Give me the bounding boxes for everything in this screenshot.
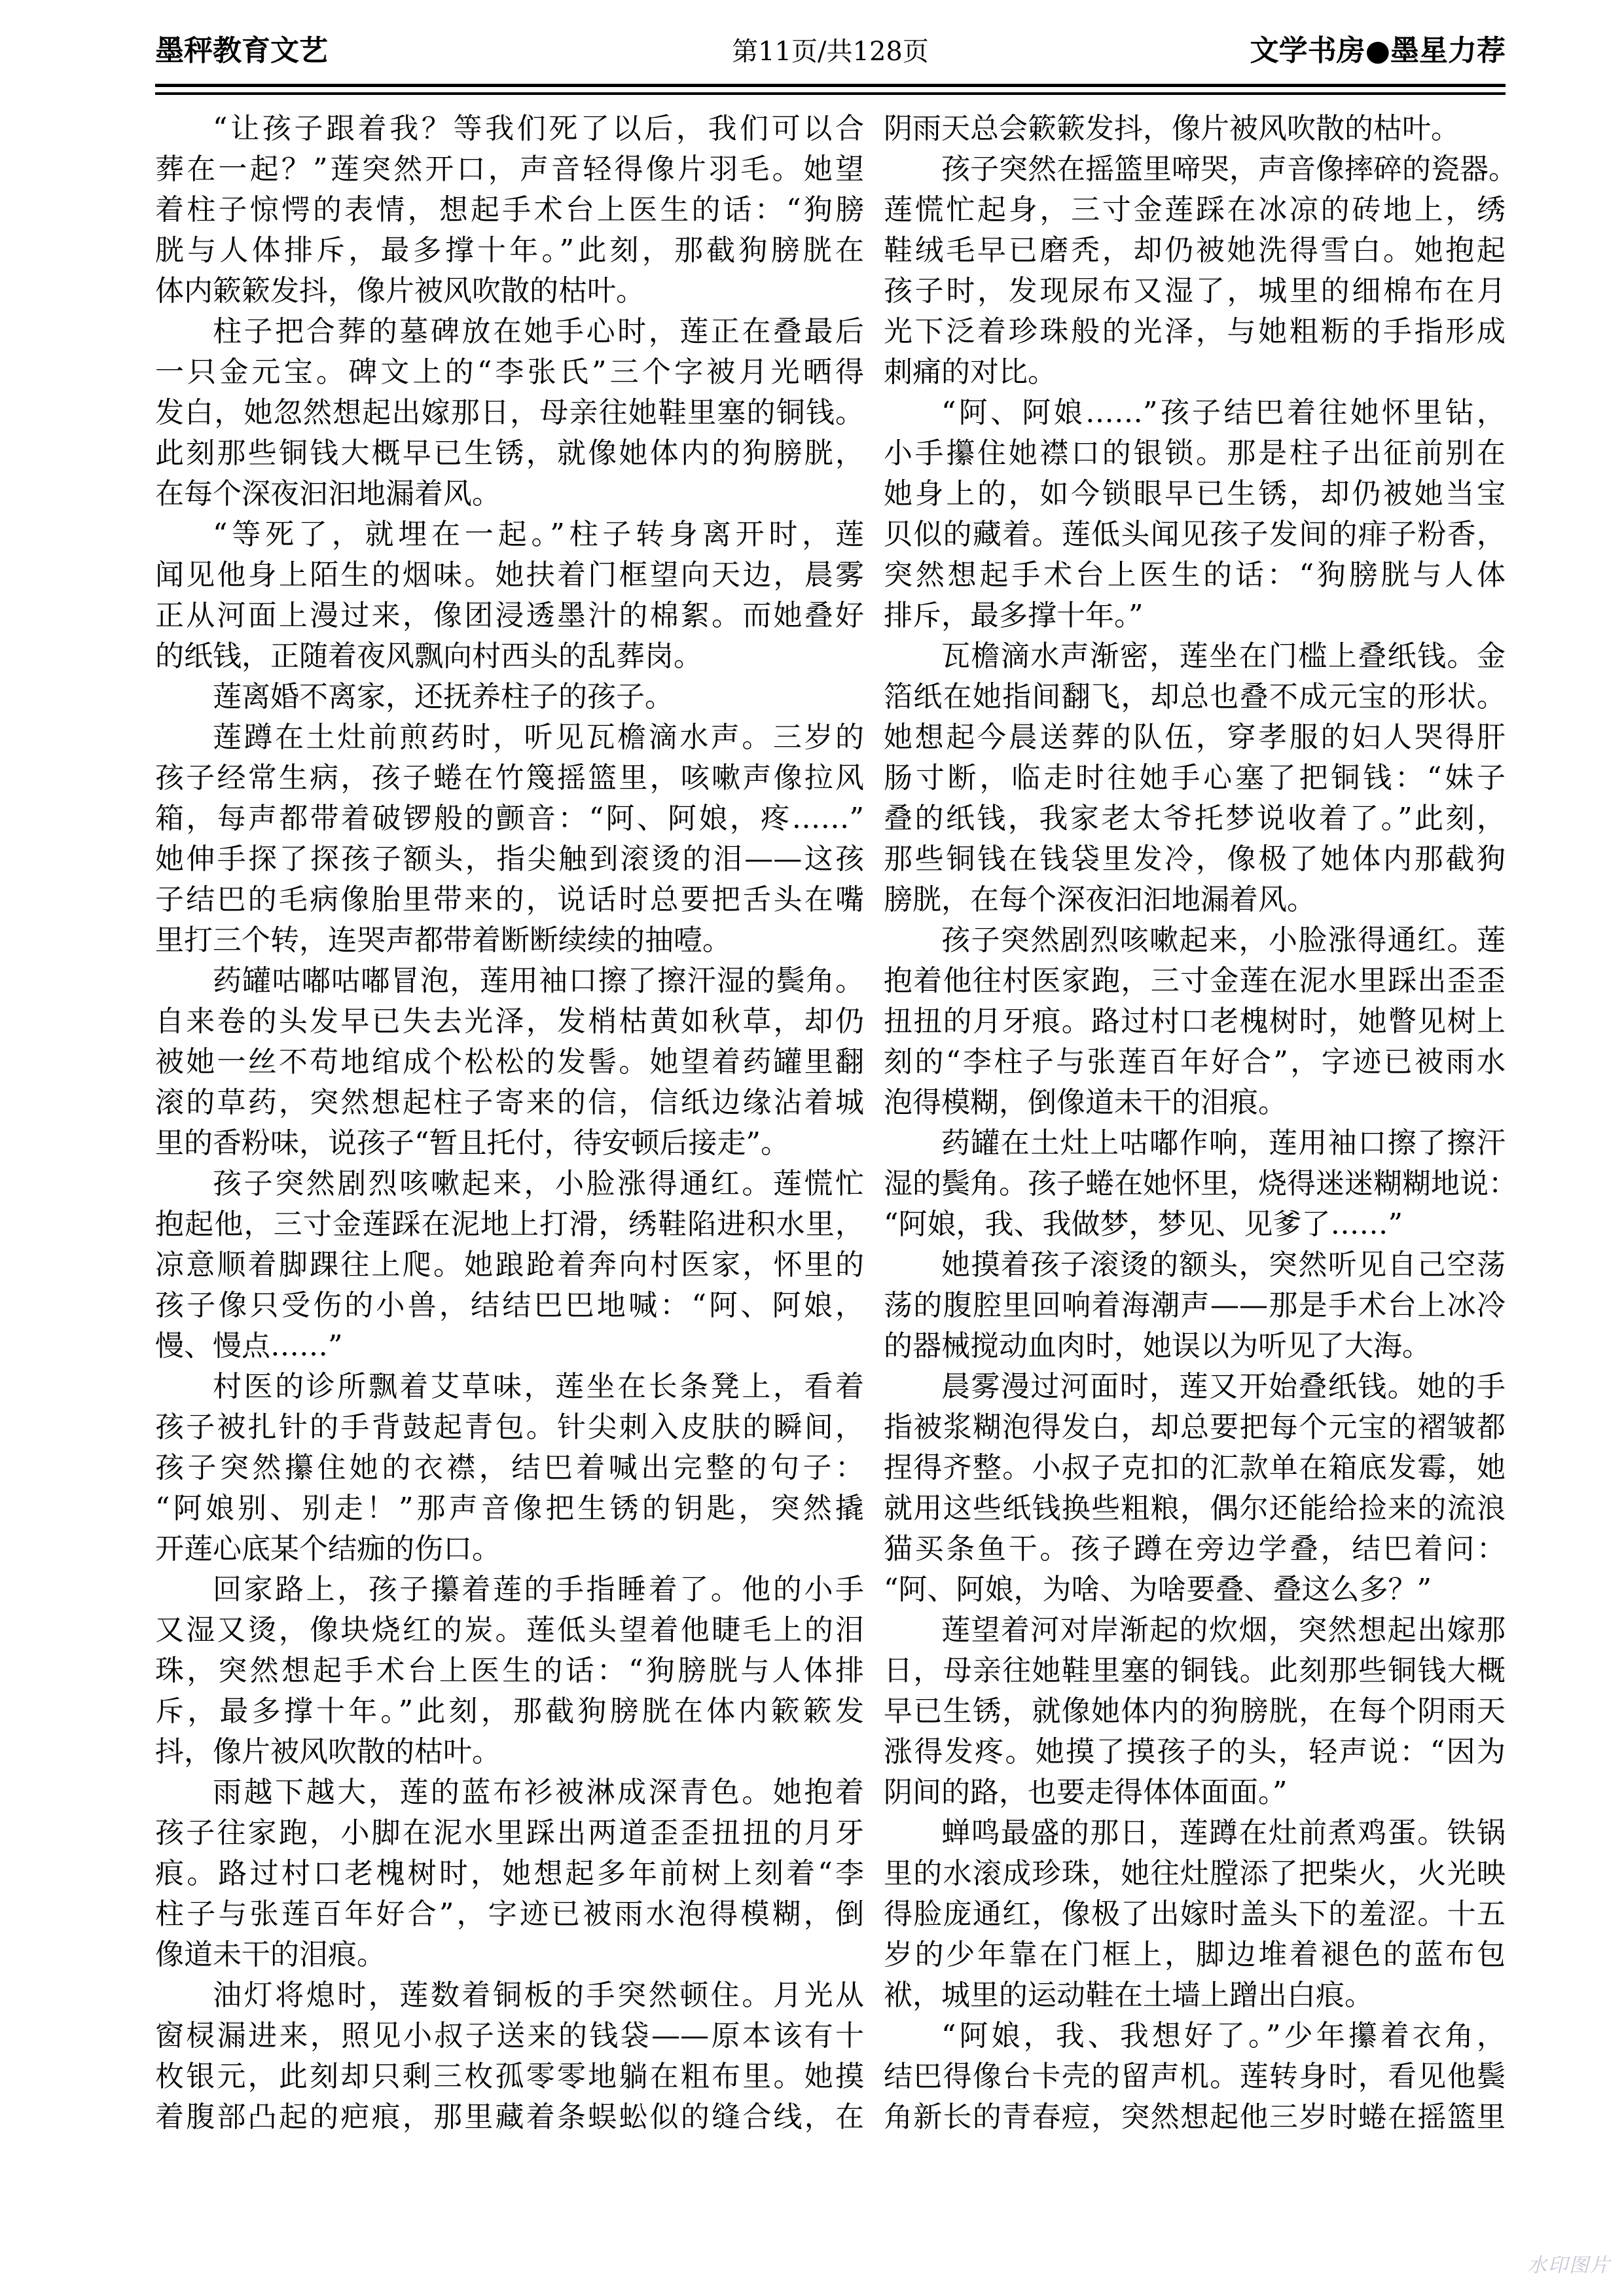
paragraph: 回家路上，孩子攥着莲的手指睡着了。他的小手又湿又烫，像块烧红的炭。莲低头望着他睫… — [155, 1570, 864, 1772]
text-line: 着腹部凸起的疤痕，那里藏着条蜈蚣似的缝合线，在 — [155, 2097, 864, 2138]
text-line: 柱子把合葬的墓碑放在她手心时，莲正在叠最后 — [155, 312, 864, 352]
text-line: 孩子突然剧烈咳嗽起来，小脸涨得通红。莲 — [884, 920, 1506, 961]
text-line: 在每个深夜汩汩地漏着风。 — [155, 474, 864, 514]
text-line: 又湿又烫，像块烧红的炭。莲低头望着他睫毛上的泪 — [155, 1610, 864, 1651]
text-line: 早已生锈，就像她体内的狗膀胱，在每个阴雨天 — [884, 1691, 1506, 1732]
header-rule-thin — [155, 92, 1506, 95]
paragraph: 晨雾漫过河面时，莲又开始叠纸钱。她的手指被浆糊泡得发白，却总要把每个元宝的褶皱都… — [884, 1367, 1506, 1610]
paragraph: 雨越下越大，莲的蓝布衫被淋成深青色。她抱着孩子往家跑，小脚在泥水里踩出两道歪歪扭… — [155, 1772, 864, 1975]
text-line: 药罐在土灶上咕嘟作响，莲用袖口擦了擦汗 — [884, 1123, 1506, 1164]
text-line: 荡的腹腔里回响着海潮声——那是手术台上冰冷 — [884, 1285, 1506, 1326]
text-line: 孩子突然在摇篮里啼哭，声音像摔碎的瓷器。 — [884, 149, 1506, 190]
text-line: “等死了，就埋在一起。”柱子转身离开时，莲 — [155, 514, 864, 555]
text-line: 雨越下越大，莲的蓝布衫被淋成深青色。她抱着 — [155, 1772, 864, 1813]
text-line: 胱与人体排斥，最多撑十年。”此刻，那截狗膀胱在 — [155, 230, 864, 271]
paragraph: 孩子突然剧烈咳嗽起来，小脸涨得通红。莲慌忙抱起他，三寸金莲踩在泥地上打滑，绣鞋陷… — [155, 1164, 864, 1367]
paragraph: “阿、阿娘……”孩子结巴着往她怀里钻，小手攥住她襟口的银锁。那是柱子出征前别在她… — [884, 393, 1506, 636]
text-line: 里的水滚成珍珠，她往灶膛添了把柴火，火光映 — [884, 1854, 1506, 1894]
text-line: 泡得模糊，倒像道未干的泪痕。 — [884, 1083, 1506, 1123]
text-line: 孩子时，发现尿布又湿了，城里的细棉布在月 — [884, 271, 1506, 312]
text-line: “阿娘，我、我想好了。”少年攥着衣角， — [884, 2016, 1506, 2056]
text-line: 痕。路过村口老槐树时，她想起多年前树上刻着“李 — [155, 1854, 864, 1894]
text-line: 指被浆糊泡得发白，却总要把每个元宝的褶皱都 — [884, 1407, 1506, 1448]
text-line: 膀胱，在每个深夜汩汩地漏着风。 — [884, 880, 1506, 920]
text-line: 她摸着孩子滚烫的额头，突然听见自己空荡 — [884, 1245, 1506, 1285]
paragraph: 蝉鸣最盛的那日，莲蹲在灶前煮鸡蛋。铁锅里的水滚成珍珠，她往灶膛添了把柴火，火光映… — [884, 1813, 1506, 2016]
text-line: 她伸手探了探孩子额头，指尖触到滚烫的泪——这孩 — [155, 839, 864, 880]
text-line: 像道未干的泪痕。 — [155, 1935, 864, 1975]
text-line: 孩子像只受伤的小兽，结结巴巴地喊：“阿、阿娘， — [155, 1285, 864, 1326]
text-line: 得脸庞通红，像极了出嫁时盖头下的羞涩。十五 — [884, 1894, 1506, 1935]
text-line: 鞋绒毛早已磨秃，却仍被她洗得雪白。她抱起 — [884, 230, 1506, 271]
paragraph: 莲望着河对岸渐起的炊烟，突然想起出嫁那日，母亲往她鞋里塞的铜钱。此刻那些铜钱大概… — [884, 1610, 1506, 1813]
text-line: 箱，每声都带着破锣般的颤音：“阿、阿娘，疼……” — [155, 798, 864, 839]
text-line: 扭扭的月牙痕。路过村口老槐树时，她瞥见树上 — [884, 1001, 1506, 1042]
paragraph: 莲离婚不离家，还抚养柱子的孩子。 — [155, 677, 864, 717]
text-line: 莲望着河对岸渐起的炊烟，突然想起出嫁那 — [884, 1610, 1506, 1651]
paragraph: “让孩子跟着我？等我们死了以后，我们可以合葬在一起？”莲突然开口，声音轻得像片羽… — [155, 109, 864, 312]
text-line: 涨得发疼。她摸了摸孩子的头，轻声说：“因为 — [884, 1732, 1506, 1772]
text-line: 袱，城里的运动鞋在土墙上蹭出白痕。 — [884, 1975, 1506, 2016]
paragraph: 孩子突然在摇篮里啼哭，声音像摔碎的瓷器。莲慌忙起身，三寸金莲踩在冰凉的砖地上，绣… — [884, 149, 1506, 393]
paragraph: 药罐咕嘟咕嘟冒泡，莲用袖口擦了擦汗湿的鬓角。自来卷的头发早已失去光泽，发梢枯黄如… — [155, 961, 864, 1164]
text-line: 刺痛的对比。 — [884, 352, 1506, 393]
text-line: 抖，像片被风吹散的枯叶。 — [155, 1732, 864, 1772]
text-line: 捏得齐整。小叔子克扣的汇款单在箱底发霉，她 — [884, 1448, 1506, 1488]
text-line: 瓦檐滴水声渐密，莲坐在门槛上叠纸钱。金 — [884, 636, 1506, 677]
paragraph: 莲蹲在土灶前煎药时，听见瓦檐滴水声。三岁的孩子经常生病，孩子蜷在竹篾摇篮里，咳嗽… — [155, 717, 864, 961]
text-line: 角新长的青春痘，突然想起他三岁时蜷在摇篮里 — [884, 2097, 1506, 2138]
text-line: 孩子往家跑，小脚在泥水里踩出两道歪歪扭扭的月牙 — [155, 1813, 864, 1854]
text-line: 闻见他身上陌生的烟味。她扶着门框望向天边，晨雾 — [155, 555, 864, 596]
text-line: 药罐咕嘟咕嘟冒泡，莲用袖口擦了擦汗湿的鬓角。 — [155, 961, 864, 1001]
text-line: 贝似的藏着。莲低头闻见孩子发间的痱子粉香， — [884, 514, 1506, 555]
text-line: 自来卷的头发早已失去光泽，发梢枯黄如秋草，却仍 — [155, 1001, 864, 1042]
text-line: 油灯将熄时，莲数着铜板的手突然顿住。月光从 — [155, 1975, 864, 2016]
paragraph: 瓦檐滴水声渐密，莲坐在门槛上叠纸钱。金箔纸在她指间翻飞，却总也叠不成元宝的形状。… — [884, 636, 1506, 920]
text-line: 刻的“李柱子与张莲百年好合”，字迹已被雨水 — [884, 1042, 1506, 1083]
text-line: 抱着他往村医家跑，三寸金莲在泥水里踩出歪歪 — [884, 961, 1506, 1001]
page-header: 墨秤教育文艺 第11页/共128页 文学书房●墨星力荐 — [155, 0, 1506, 98]
header-rule-thick — [155, 84, 1506, 87]
text-line: “阿娘别、别走！”那声音像把生锈的钥匙，突然撬 — [155, 1488, 864, 1529]
text-line: 滚的草药，突然想起柱子寄来的信，信纸边缘沾着城 — [155, 1083, 864, 1123]
text-line: 光下泛着珍珠般的光泽，与她粗粝的手指形成 — [884, 312, 1506, 352]
text-line: 岁的少年靠在门框上，脚边堆着褪色的蓝布包 — [884, 1935, 1506, 1975]
text-line: 阴间的路，也要走得体体面面。” — [884, 1772, 1506, 1813]
text-line: 晨雾漫过河面时，莲又开始叠纸钱。她的手 — [884, 1367, 1506, 1407]
text-line: 蝉鸣最盛的那日，莲蹲在灶前煮鸡蛋。铁锅 — [884, 1813, 1506, 1854]
text-line: 莲离婚不离家，还抚养柱子的孩子。 — [155, 677, 864, 717]
text-line: 回家路上，孩子攥着莲的手指睡着了。他的小手 — [155, 1570, 864, 1610]
text-line: “阿、阿娘……”孩子结巴着往她怀里钻， — [884, 393, 1506, 433]
text-line: 的纸钱，正随着夜风飘向村西头的乱葬岗。 — [155, 636, 864, 677]
text-line: 村医的诊所飘着艾草味，莲坐在长条凳上，看着 — [155, 1367, 864, 1407]
text-line: 珠，突然想起手术台上医生的话：“狗膀胱与人体排 — [155, 1651, 864, 1691]
text-line: 那些铜钱在钱袋里发冷，像极了她体内那截狗 — [884, 839, 1506, 880]
text-line: 子结巴的毛病像胎里带来的，说话时总要把舌头在嘴 — [155, 880, 864, 920]
text-line: 斥，最多撑十年。”此刻，那截狗膀胱在体内簌簌发 — [155, 1691, 864, 1732]
text-line: 窗棂漏进来，照见小叔子送来的钱袋——原本该有十 — [155, 2016, 864, 2056]
watermark: 水印图片 — [1527, 2249, 1611, 2278]
paragraph: 柱子把合葬的墓碑放在她手心时，莲正在叠最后一只金元宝。碑文上的“李张氏”三个字被… — [155, 312, 864, 514]
text-line: 莲蹲在土灶前煎药时，听见瓦檐滴水声。三岁的 — [155, 717, 864, 758]
text-line: 她身上的，如今锁眼早已生锈，却仍被她当宝 — [884, 474, 1506, 514]
paragraph: 孩子突然剧烈咳嗽起来，小脸涨得通红。莲抱着他往村医家跑，三寸金莲在泥水里踩出歪歪… — [884, 920, 1506, 1123]
text-line: 一只金元宝。碑文上的“李张氏”三个字被月光晒得 — [155, 352, 864, 393]
text-line: 肠寸断，临走时往她手心塞了把铜钱：“妹子 — [884, 758, 1506, 798]
text-line: 她想起今晨送葬的队伍，穿孝服的妇人哭得肝 — [884, 717, 1506, 758]
paragraph: 阴雨天总会簌簌发抖，像片被风吹散的枯叶。 — [884, 109, 1506, 149]
text-line: 箔纸在她指间翻飞，却总也叠不成元宝的形状。 — [884, 677, 1506, 717]
section-title: 文学书房●墨星力荐 — [1250, 34, 1506, 68]
text-line: 枚银元，此刻却只剩三枚孤零零地躺在粗布里。她摸 — [155, 2056, 864, 2097]
text-line: 柱子与张莲百年好合”，字迹已被雨水泡得模糊，倒 — [155, 1894, 864, 1935]
paragraph: “等死了，就埋在一起。”柱子转身离开时，莲闻见他身上陌生的烟味。她扶着门框望向天… — [155, 514, 864, 677]
text-line: 孩子突然攥住她的衣襟，结巴着喊出完整的句子： — [155, 1448, 864, 1488]
paragraph: 她摸着孩子滚烫的额头，突然听见自己空荡荡的腹腔里回响着海潮声——那是手术台上冰冷… — [884, 1245, 1506, 1367]
text-line: 猫买条鱼干。孩子蹲在旁边学叠，结巴着问： — [884, 1529, 1506, 1570]
text-line: 体内簌簌发抖，像片被风吹散的枯叶。 — [155, 271, 864, 312]
text-line: 就用这些纸钱换些粗粮，偶尔还能给捡来的流浪 — [884, 1488, 1506, 1529]
text-line: 湿的鬓角。孩子蜷在她怀里，烧得迷迷糊糊地说： — [884, 1164, 1506, 1204]
text-line: 孩子经常生病，孩子蜷在竹篾摇篮里，咳嗽声像拉风 — [155, 758, 864, 798]
text-line: 开莲心底某个结痂的伤口。 — [155, 1529, 864, 1570]
text-line: 葬在一起？”莲突然开口，声音轻得像片羽毛。她望 — [155, 149, 864, 190]
text-line: “阿、阿娘，为啥、为啥要叠、叠这么多？” — [884, 1570, 1506, 1610]
text-line: 叠的纸钱，我家老太爷托梦说收着了。”此刻， — [884, 798, 1506, 839]
text-line: 的器械搅动血肉时，她误以为听见了大海。 — [884, 1326, 1506, 1367]
text-column-right: 阴雨天总会簌簌发抖，像片被风吹散的枯叶。孩子突然在摇篮里啼哭，声音像摔碎的瓷器。… — [884, 109, 1506, 2138]
paragraph: 油灯将熄时，莲数着铜板的手突然顿住。月光从窗棂漏进来，照见小叔子送来的钱袋——原… — [155, 1975, 864, 2138]
text-line: 抱起他，三寸金莲踩在泥地上打滑，绣鞋陷进积水里， — [155, 1204, 864, 1245]
text-line: 莲慌忙起身，三寸金莲踩在冰凉的砖地上，绣 — [884, 190, 1506, 230]
text-line: 孩子突然剧烈咳嗽起来，小脸涨得通红。莲慌忙 — [155, 1164, 864, 1204]
paragraph: “阿娘，我、我想好了。”少年攥着衣角，结巴得像台卡壳的留声机。莲转身时，看见他鬓… — [884, 2016, 1506, 2138]
text-column-left: “让孩子跟着我？等我们死了以后，我们可以合葬在一起？”莲突然开口，声音轻得像片羽… — [155, 109, 864, 2138]
text-line: 慢、慢点……” — [155, 1326, 864, 1367]
text-line: 小手攥住她襟口的银锁。那是柱子出征前别在 — [884, 433, 1506, 474]
text-line: 里的香粉味，说孩子“暂且托付，待安顿后接走”。 — [155, 1123, 864, 1164]
text-line: 着柱子惊愕的表情，想起手术台上医生的话：“狗膀 — [155, 190, 864, 230]
text-line: “让孩子跟着我？等我们死了以后，我们可以合 — [155, 109, 864, 149]
text-line: “阿娘，我、我做梦，梦见、见爹了……” — [884, 1204, 1506, 1245]
text-line: 结巴得像台卡壳的留声机。莲转身时，看见他鬓 — [884, 2056, 1506, 2097]
text-line: 正从河面上漫过来，像团浸透墨汁的棉絮。而她叠好 — [155, 596, 864, 636]
text-line: 此刻那些铜钱大概早已生锈，就像她体内的狗膀胱， — [155, 433, 864, 474]
paragraph: 村医的诊所飘着艾草味，莲坐在长条凳上，看着孩子被扎针的手背鼓起青包。针尖刺入皮肤… — [155, 1367, 864, 1570]
text-line: 阴雨天总会簌簌发抖，像片被风吹散的枯叶。 — [884, 109, 1506, 149]
text-line: 日，母亲往她鞋里塞的铜钱。此刻那些铜钱大概 — [884, 1651, 1506, 1691]
text-line: 里打三个转，连哭声都带着断断续续的抽噎。 — [155, 920, 864, 961]
text-line: 被她一丝不苟地绾成个松松的发髻。她望着药罐里翻 — [155, 1042, 864, 1083]
text-line: 凉意顺着脚踝往上爬。她踉跄着奔向村医家，怀里的 — [155, 1245, 864, 1285]
text-line: 突然想起手术台上医生的话：“狗膀胱与人体 — [884, 555, 1506, 596]
paragraph: 药罐在土灶上咕嘟作响，莲用袖口擦了擦汗湿的鬓角。孩子蜷在她怀里，烧得迷迷糊糊地说… — [884, 1123, 1506, 1245]
text-line: 孩子被扎针的手背鼓起青包。针尖刺入皮肤的瞬间， — [155, 1407, 864, 1448]
text-line: 排斥，最多撑十年。” — [884, 596, 1506, 636]
text-line: 发白，她忽然想起出嫁那日，母亲往她鞋里塞的铜钱。 — [155, 393, 864, 433]
